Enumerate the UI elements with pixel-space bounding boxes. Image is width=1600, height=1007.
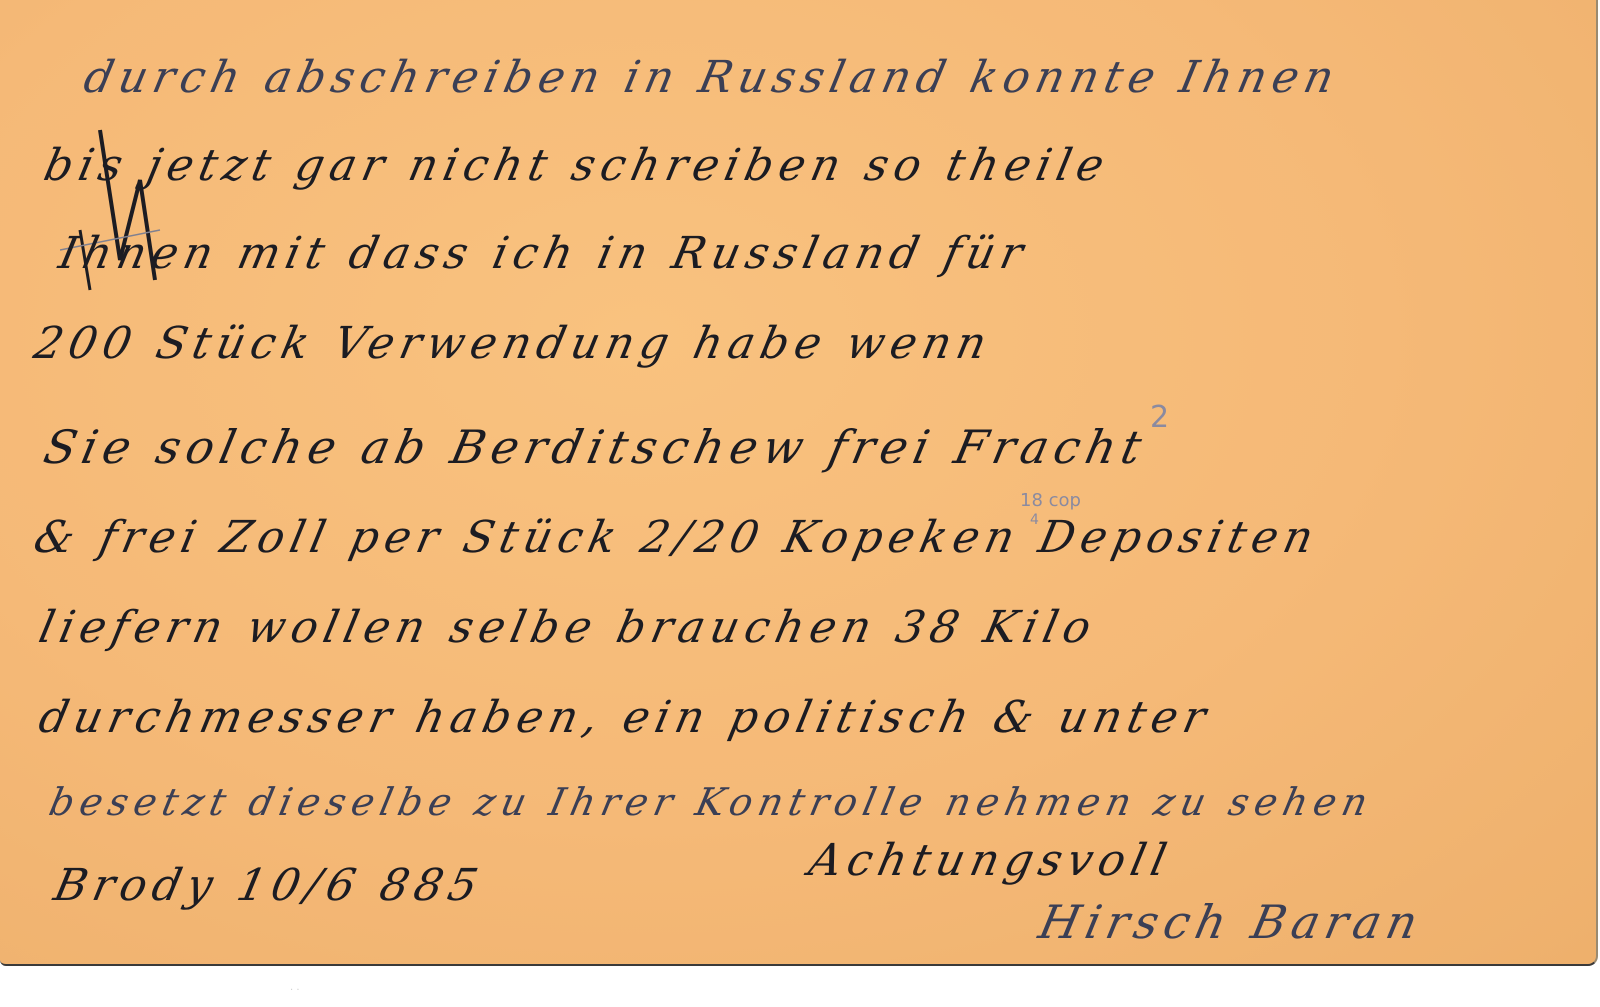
signature-line: Hirsch Baran xyxy=(1034,895,1428,949)
pencil-note-4: 4 xyxy=(1030,512,1039,528)
pencil-note-2: 2 xyxy=(1150,400,1169,435)
text-line-8: durchmesser haben, ein politisch & unter xyxy=(35,692,1217,743)
text-line-3: Ihnen mit dass ich in Russland für xyxy=(55,228,1034,279)
text-line-1: durch abschreiben in Russland konnte Ihn… xyxy=(80,52,1345,103)
place-date-line: Brody 10/6 885 xyxy=(50,860,488,911)
pencil-note-cop: 18 cop xyxy=(1020,490,1081,511)
closing-line: Achtungsvoll xyxy=(805,835,1177,886)
text-line-7: liefern wollen selbe brauchen 38 Kilo xyxy=(35,602,1102,653)
text-line-5: Sie solche ab Berditschew frei Fracht xyxy=(39,420,1152,474)
postcard: durch abschreiben in Russland konnte Ihn… xyxy=(0,0,1598,966)
text-line-6: & frei Zoll per Stück 2/20 Kopeken Depos… xyxy=(30,512,1324,563)
text-line-4: 200 Stück Verwendung habe wenn xyxy=(30,318,997,369)
text-line-9: besetzt dieselbe zu Ihrer Kontrolle nehm… xyxy=(45,780,1377,824)
text-line-2: bis jetzt gar nicht schreiben so theile xyxy=(40,140,1115,191)
scan-artifact: · · xyxy=(290,985,300,996)
